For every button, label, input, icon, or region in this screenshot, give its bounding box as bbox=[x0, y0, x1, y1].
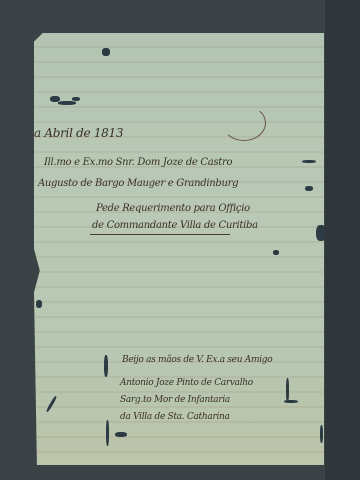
damage-spot bbox=[106, 420, 109, 446]
subject-line-1: Pede Requerimento para Offiçio bbox=[96, 203, 250, 214]
damage-spot bbox=[305, 186, 313, 191]
damage-spot bbox=[284, 400, 298, 403]
signature-line-2: Antonio Joze Pinto de Carvalho bbox=[120, 378, 253, 388]
signature-line-4: da Villa de Sta. Catharina bbox=[120, 412, 230, 422]
damage-spot bbox=[316, 225, 326, 241]
signature-line-1: Beijo as mãos de V. Ex.a seu Amigo bbox=[122, 355, 272, 365]
subject-underline bbox=[90, 234, 230, 235]
damage-spot bbox=[58, 101, 76, 105]
damage-spot bbox=[72, 97, 80, 101]
subject-line-2: de Commandante Villa de Curitiba bbox=[92, 220, 258, 231]
damage-spot bbox=[115, 432, 127, 437]
damage-spot bbox=[286, 378, 289, 402]
damage-spot bbox=[273, 250, 279, 255]
scanner-backing-strip bbox=[325, 0, 360, 480]
damage-spot bbox=[302, 160, 316, 163]
damage-spot bbox=[36, 300, 42, 308]
addressee-line-2: Augusto de Bargo Mauger e Grandinburg bbox=[38, 178, 238, 189]
signature-line-3: Sarg.to Mor de Infantaria bbox=[120, 395, 230, 405]
addressee-line-1: Ill.mo e Ex.mo Snr. Dom Joze de Castro bbox=[44, 157, 232, 168]
date-line: a Abril de 1813 bbox=[34, 126, 123, 140]
damage-spot bbox=[320, 425, 323, 443]
damage-spot bbox=[104, 355, 108, 377]
damage-spot bbox=[102, 48, 110, 56]
ink-flourish bbox=[222, 105, 266, 141]
